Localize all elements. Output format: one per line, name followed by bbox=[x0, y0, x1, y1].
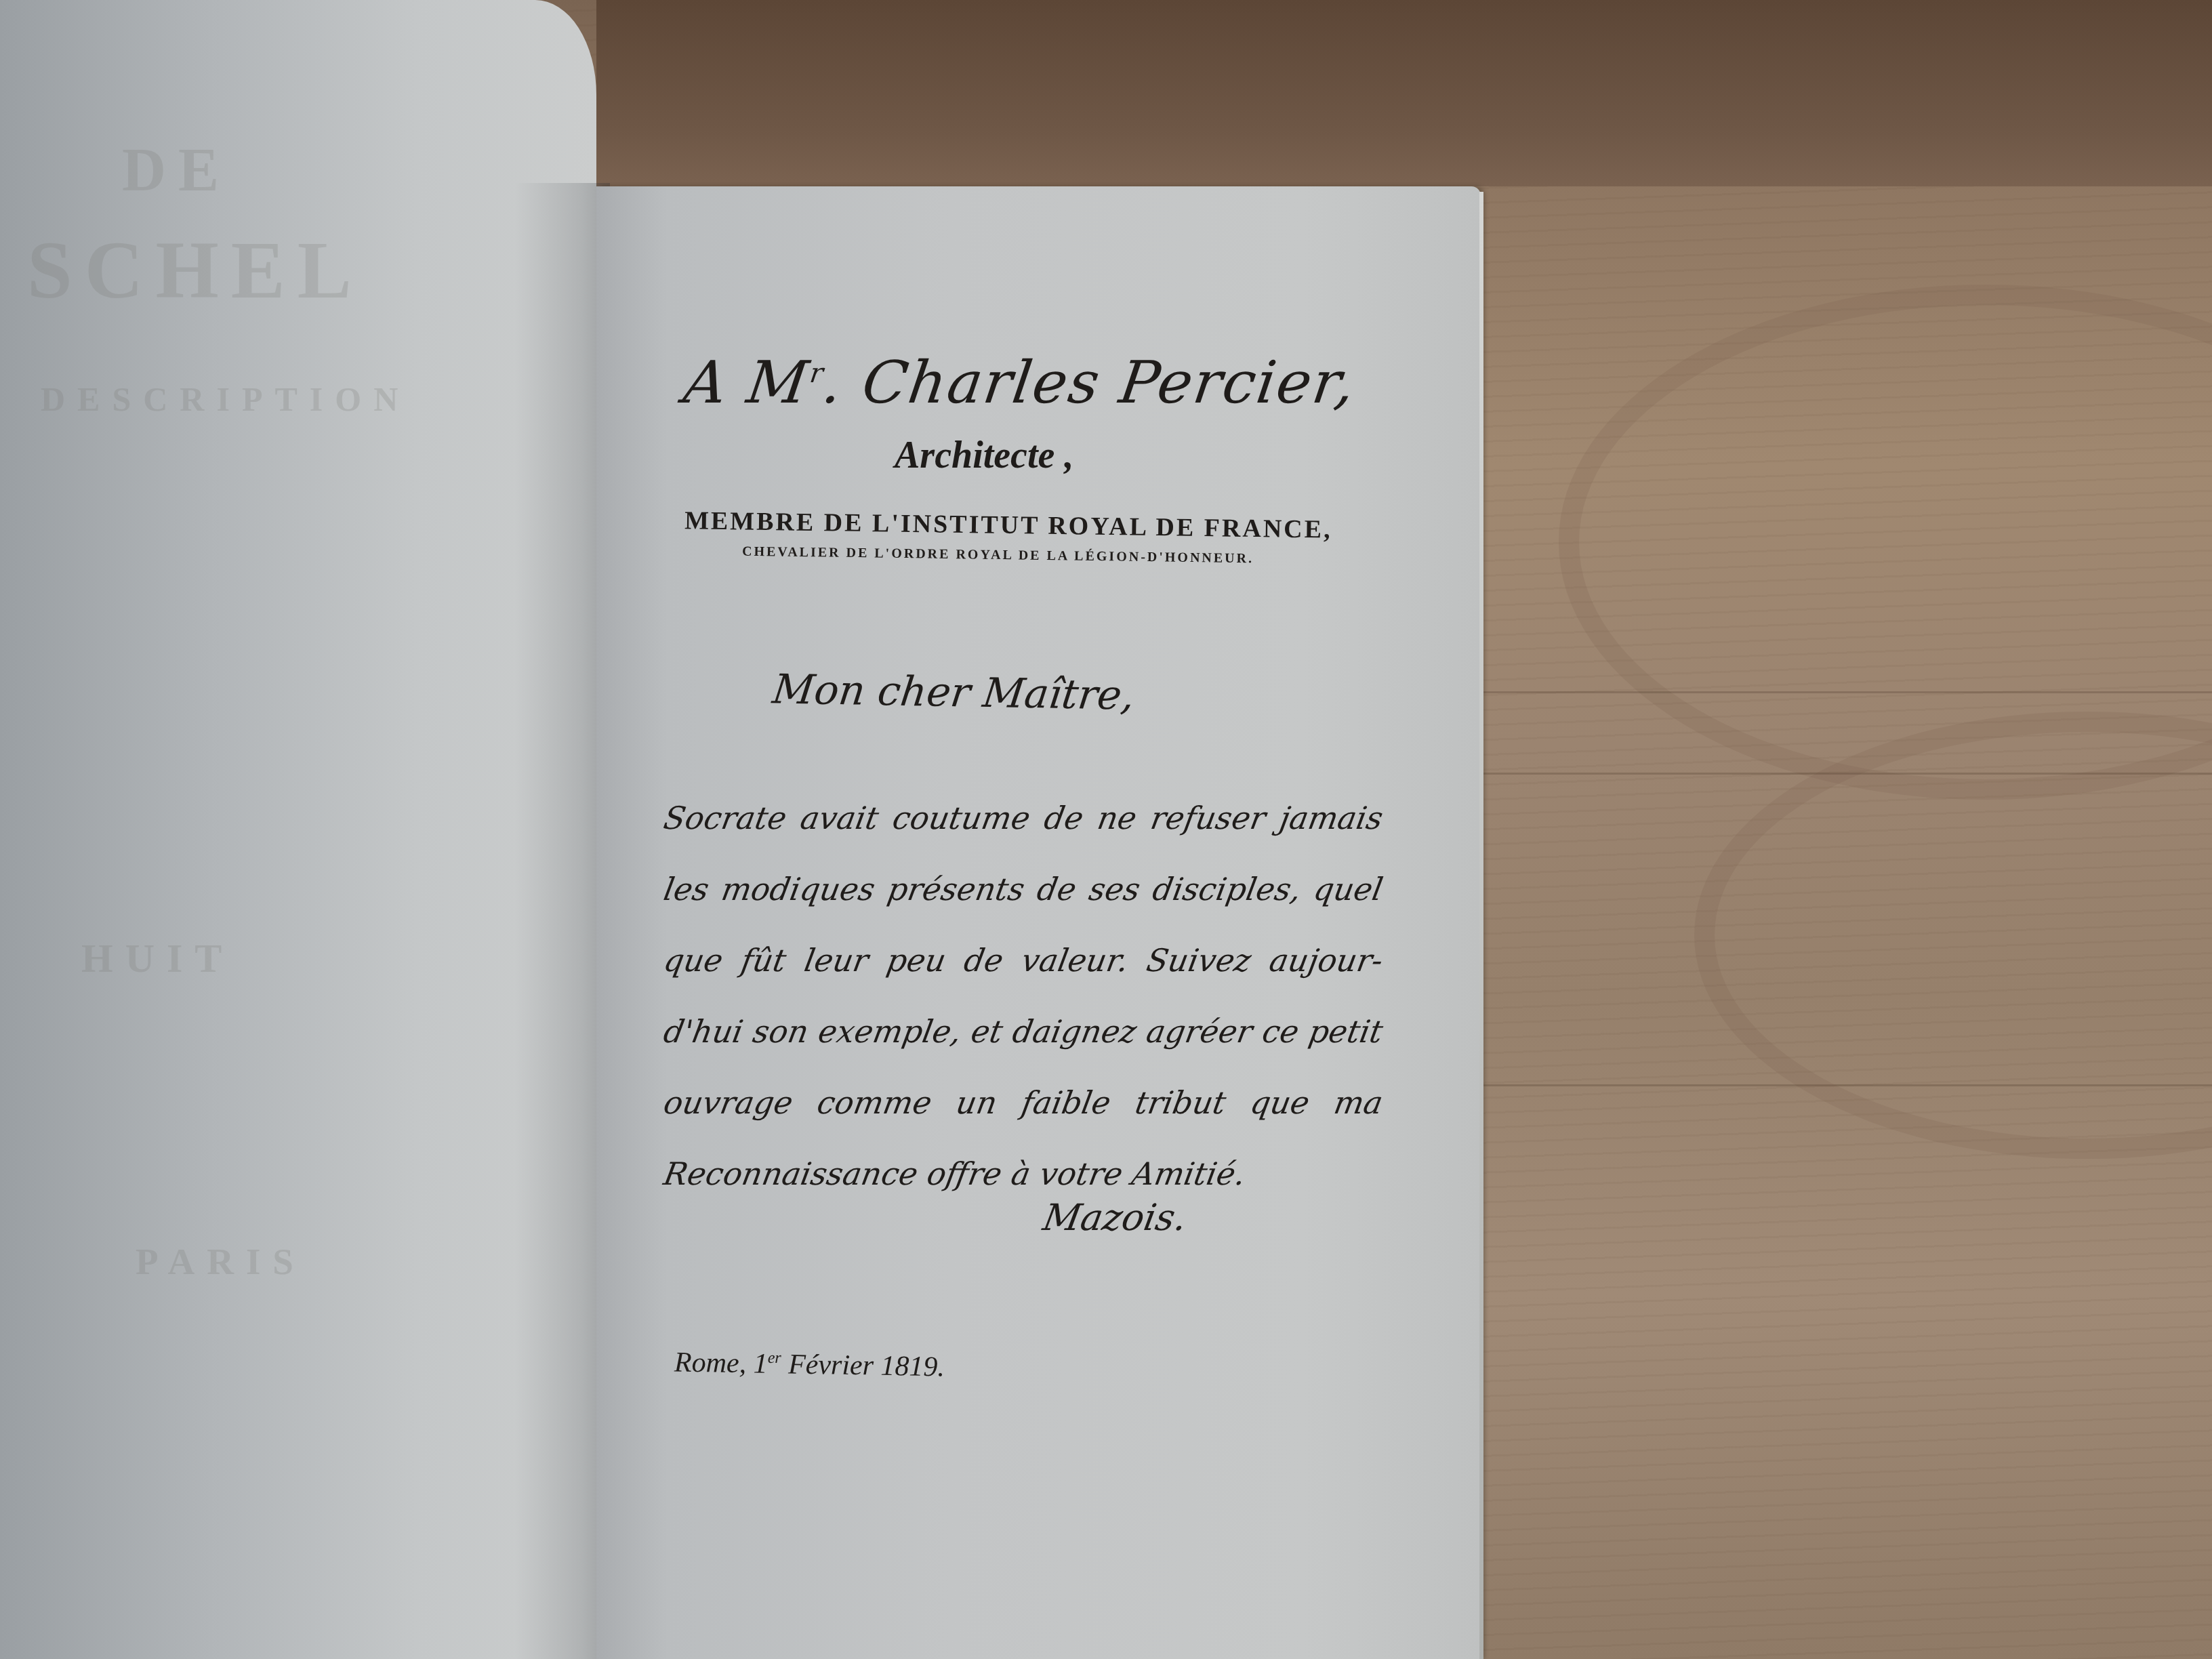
dedicatee-name: . Charles Percier, bbox=[819, 349, 1361, 417]
page-edge bbox=[1479, 192, 1483, 1659]
plank-seam bbox=[1477, 691, 2212, 693]
dedication-body: Socrate avait coutume de ne refuser jama… bbox=[664, 783, 1382, 1210]
show-through-text: DE bbox=[122, 136, 231, 205]
salutation: Mon cher Maître, bbox=[770, 665, 1137, 719]
body-line: Socrate avait coutume de ne refuser jama… bbox=[658, 783, 1389, 854]
dateline: Rome, 1er Février 1819. bbox=[674, 1347, 945, 1384]
show-through-text: HUIT bbox=[81, 935, 234, 982]
date-superscript: er bbox=[768, 1349, 781, 1367]
date-rest: Février 1819. bbox=[781, 1349, 945, 1382]
show-through-text: SCHEL bbox=[27, 224, 364, 317]
dedicatee-heading: A Mr. Charles Percier, bbox=[680, 349, 1360, 417]
wood-grain-ring bbox=[1694, 712, 2212, 1159]
show-through-text: PARIS bbox=[136, 1240, 306, 1283]
body-line: que fût leur peu de valeur. Suivez aujou… bbox=[658, 925, 1389, 996]
left-page-verso[interactable]: DE SCHEL DESCRIPTION HUIT PARIS bbox=[0, 0, 596, 1659]
book-gutter bbox=[515, 183, 610, 1659]
body-line: ouvrage comme un faible tribut que ma bbox=[658, 1067, 1389, 1139]
dedicatee-role: Architecte , bbox=[895, 434, 1073, 477]
plank-seam bbox=[1477, 773, 2212, 775]
dedicatee-prefix: A M bbox=[680, 349, 814, 417]
body-line: d'hui son exemple, et daignez agréer ce … bbox=[658, 996, 1389, 1067]
body-line: les modiques présents de ses disciples, … bbox=[658, 854, 1389, 925]
show-through-text: DESCRIPTION bbox=[41, 380, 410, 419]
membership-line: MEMBRE DE L'INSTITUT ROYAL DE FRANCE, bbox=[684, 506, 1332, 544]
plank-seam bbox=[1477, 1084, 2212, 1086]
honor-line: CHEVALIER DE L'ORDRE ROYAL DE LA LÉGION-… bbox=[742, 544, 1254, 567]
right-page-dedication[interactable]: A Mr. Charles Percier, Architecte , MEMB… bbox=[596, 186, 1481, 1659]
body-line: Reconnaissance offre à votre Amitié. bbox=[658, 1139, 1389, 1210]
signature: Mazois. bbox=[1040, 1196, 1190, 1239]
date-place: Rome, 1 bbox=[674, 1347, 768, 1380]
dedication-content: A Mr. Charles Percier, Architecte , MEMB… bbox=[596, 186, 1481, 1659]
table-shadow-region bbox=[596, 0, 2212, 186]
